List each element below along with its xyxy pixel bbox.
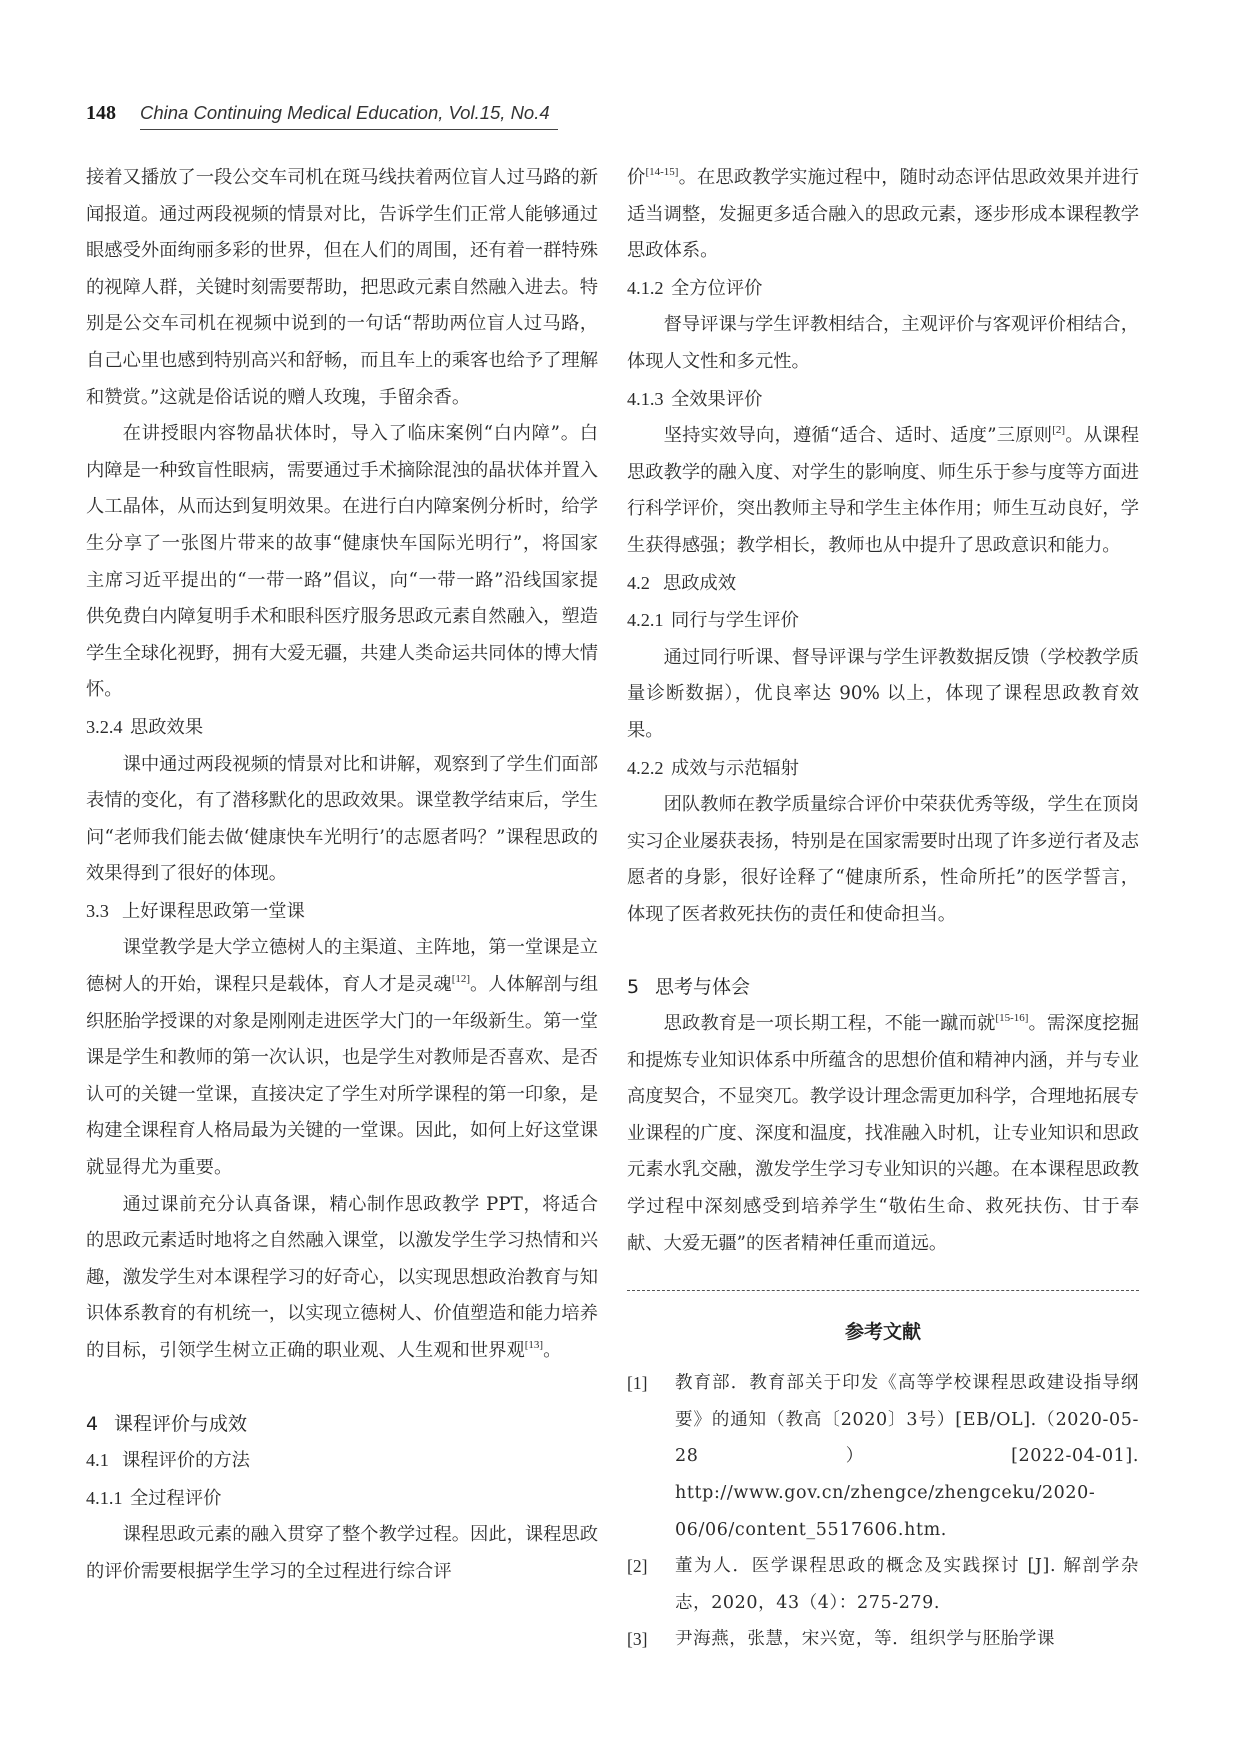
reference-text: 董为人．医学课程思政的概念及实践探讨 [J]. 解剖学杂志，2020，43（4）… — [675, 1548, 1139, 1621]
paragraph: 坚持实效导向，遵循“适合、适时、适度”三原则[2]。从课程思政教学的融入度、对学… — [627, 418, 1139, 564]
citation[interactable]: [2] — [1052, 424, 1065, 436]
section-heading-4-2-1: 4.2.1同行与学生评价 — [627, 602, 1139, 640]
section-number: 4.1.3 — [627, 381, 671, 418]
paragraph: 课程思政元素的融入贯穿了整个教学过程。因此，课程思政的评价需要根据学生学习的全过… — [86, 1517, 598, 1590]
section-heading-4-1-2: 4.1.2全方位评价 — [627, 270, 1139, 308]
paragraph: 通过同行听课、督导评课与学生评教数据反馈（学校教学质量诊断数据），优良率达 90… — [627, 640, 1139, 750]
paragraph: 团队教师在教学质量综合评价中荣获优秀等级，学生在顶岗实习企业屡获表扬，特别是在国… — [627, 787, 1139, 933]
text: 通过课前充分认真备课，精心制作思政教学 PPT，将适合的思政元素适时地将之自然融… — [86, 1194, 598, 1361]
text: 思政教育是一项长期工程，不能一蹴而就 — [664, 1013, 996, 1034]
reference-number: [3] — [627, 1621, 675, 1658]
section-number: 4.2.2 — [627, 750, 671, 787]
section-heading-4-2-2: 4.2.2成效与示范辐射 — [627, 750, 1139, 788]
section-number: 4.1.2 — [627, 270, 671, 307]
text: 。人体解剖与组织胚胎学授课的对象是刚刚走进医学大门的一年级新生。第一堂课是学生和… — [86, 974, 598, 1178]
paragraph: 思政教育是一项长期工程，不能一蹴而就[15-16]。需深度挖掘和提炼专业知识体系… — [627, 1006, 1139, 1262]
section-title: 同行与学生评价 — [671, 610, 799, 631]
section-number: 4.2 — [627, 565, 663, 602]
right-column: 价[14-15]。在思政教学实施过程中，随时动态评估思政效果并进行适当调整，发掘… — [627, 160, 1139, 1658]
journal-title: China Continuing Medical Education, Vol.… — [140, 102, 558, 130]
paragraph: 价[14-15]。在思政教学实施过程中，随时动态评估思政效果并进行适当调整，发掘… — [627, 160, 1139, 270]
citation[interactable]: [14-15] — [645, 166, 678, 178]
section-title: 课程评价的方法 — [122, 1450, 250, 1471]
citation[interactable]: [15-16] — [995, 1012, 1028, 1024]
reference-number: [2] — [627, 1548, 675, 1621]
reference-item: [3] 尹海燕，张慧，宋兴宽，等．组织学与胚胎学课 — [627, 1621, 1139, 1658]
section-number: 4.1 — [86, 1442, 122, 1479]
citation[interactable]: [12] — [452, 973, 470, 985]
section-title: 课程评价与成效 — [114, 1413, 247, 1435]
section-number: 5 — [627, 969, 655, 1006]
section-number: 3.3 — [86, 893, 122, 930]
section-heading-3-2-4: 3.2.4思政效果 — [86, 709, 598, 747]
reference-text[interactable]: 教育部．教育部关于印发《高等学校课程思政建设指导纲要》的通知（教高〔2020〕3… — [675, 1365, 1139, 1548]
citation[interactable]: [13] — [525, 1339, 543, 1351]
reference-number: [1] — [627, 1365, 675, 1548]
section-title: 思考与体会 — [655, 976, 750, 998]
section-title: 全效果评价 — [671, 389, 762, 410]
section-heading-4-1-3: 4.1.3全效果评价 — [627, 381, 1139, 419]
spacer — [627, 933, 1139, 969]
text: 。需深度挖掘和提炼专业知识体系中所蕴含的思想价值和精神内涵，并与专业高度契合，不… — [627, 1013, 1139, 1254]
reference-item: [1] 教育部．教育部关于印发《高等学校课程思政建设指导纲要》的通知（教高〔20… — [627, 1365, 1139, 1548]
reference-item: [2] 董为人．医学课程思政的概念及实践探讨 [J]. 解剖学杂志，2020，4… — [627, 1548, 1139, 1621]
section-title: 成效与示范辐射 — [671, 758, 799, 779]
section-heading-3-3: 3.3上好课程思政第一堂课 — [86, 893, 598, 931]
left-column: 接着又播放了一段公交车司机在斑马线扶着两位盲人过马路的新闻报道。通过两段视频的情… — [86, 160, 598, 1591]
reference-list: [1] 教育部．教育部关于印发《高等学校课程思政建设指导纲要》的通知（教高〔20… — [627, 1365, 1139, 1658]
text: 。在思政教学实施过程中，随时动态评估思政效果并进行适当调整，发掘更多适合融入的思… — [627, 167, 1139, 261]
section-title: 思政成效 — [663, 573, 736, 594]
text: 价 — [627, 167, 645, 188]
page-number: 148 — [86, 102, 116, 125]
section-heading-5: 5思考与体会 — [627, 969, 1139, 1006]
section-number: 3.2.4 — [86, 709, 130, 746]
section-title: 思政效果 — [130, 717, 203, 738]
references-title: 参考文献 — [627, 1317, 1139, 1347]
section-heading-4-1: 4.1课程评价的方法 — [86, 1442, 598, 1480]
text: 。 — [543, 1340, 561, 1361]
section-heading-4: 4课程评价与成效 — [86, 1406, 598, 1443]
paragraph: 课堂教学是大学立德树人的主渠道、主阵地，第一堂课是立德树人的开始，课程只是载体，… — [86, 930, 598, 1186]
text: 坚持实效导向，遵循“适合、适时、适度”三原则 — [664, 425, 1053, 446]
section-title: 全过程评价 — [130, 1488, 221, 1509]
paragraph: 课中通过两段视频的情景对比和讲解，观察到了学生们面部表情的变化，有了潜移默化的思… — [86, 747, 598, 893]
paragraph: 接着又播放了一段公交车司机在斑马线扶着两位盲人过马路的新闻报道。通过两段视频的情… — [86, 160, 598, 416]
paragraph: 在讲授眼内容物晶状体时，导入了临床案例“白内障”。白内障是一种致盲性眼病，需要通… — [86, 416, 598, 709]
reference-text: 尹海燕，张慧，宋兴宽，等．组织学与胚胎学课 — [675, 1621, 1139, 1658]
section-number: 4.2.1 — [627, 602, 671, 639]
section-heading-4-1-1: 4.1.1全过程评价 — [86, 1480, 598, 1518]
spacer — [86, 1370, 598, 1406]
section-title: 上好课程思政第一堂课 — [122, 901, 305, 922]
section-number: 4.1.1 — [86, 1480, 130, 1517]
section-number: 4 — [86, 1406, 114, 1443]
section-title: 全方位评价 — [671, 278, 762, 299]
paragraph: 通过课前充分认真备课，精心制作思政教学 PPT，将适合的思政元素适时地将之自然融… — [86, 1187, 598, 1370]
paragraph: 督导评课与学生评教相结合，主观评价与客观评价相结合，体现人文性和多元性。 — [627, 307, 1139, 380]
section-heading-4-2: 4.2思政成效 — [627, 565, 1139, 603]
dashed-divider — [627, 1290, 1139, 1291]
